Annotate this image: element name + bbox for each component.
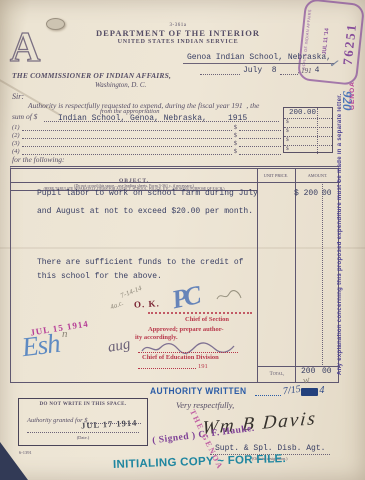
education-dotted-rule bbox=[138, 352, 238, 353]
year-typed: 4 bbox=[315, 66, 320, 75]
authority-date-handwritten: 7/15 bbox=[282, 384, 301, 397]
dotted-leader bbox=[22, 123, 232, 131]
amount-header: AMOUNT. bbox=[295, 173, 340, 178]
dollar-sign: $ bbox=[234, 124, 237, 131]
ok-stamp: O. K. bbox=[134, 298, 160, 309]
column-divider bbox=[295, 169, 296, 382]
dotted-leader bbox=[239, 123, 281, 131]
date-line: July 8 , 191 4 bbox=[200, 66, 340, 75]
amount-box-cents-divider bbox=[317, 108, 318, 154]
dotted-leader bbox=[239, 131, 281, 139]
corner-shadow bbox=[0, 442, 28, 480]
education-year: 191 bbox=[198, 363, 208, 370]
unit-price-header: UNIT PRICE. bbox=[257, 173, 295, 178]
amount-box: 200.00 $ $ $ $ bbox=[283, 107, 333, 153]
numbered-line-1: (1) $ bbox=[12, 123, 283, 131]
dollar-sign: $ bbox=[286, 119, 289, 125]
item-line-2: and August at not to exceed $20.00 per m… bbox=[37, 207, 253, 216]
dotted-leader bbox=[22, 131, 232, 139]
received-stamp-date: JUL 11 '14 bbox=[321, 28, 330, 55]
designation-typed: Supt. & Spl. Disb. Agt. bbox=[215, 444, 325, 453]
department-title: DEPARTMENT OF THE INTERIOR bbox=[78, 28, 278, 38]
dotted-leader bbox=[22, 139, 232, 147]
amount-box-row: $ bbox=[284, 127, 332, 136]
scanned-form-page: A 3-361a DEPARTMENT OF THE INTERIOR UNIT… bbox=[0, 0, 365, 480]
service-subtitle: UNITED STATES INDIAN SERVICE bbox=[78, 39, 278, 45]
bottom-form-number: 6-1391 bbox=[19, 450, 32, 455]
funds-note-line-2: this school for the above. bbox=[37, 272, 162, 281]
authority-leader bbox=[255, 388, 281, 396]
total-label: Total, bbox=[261, 371, 293, 377]
dotted-leader bbox=[22, 147, 232, 155]
education-date-rule bbox=[138, 368, 196, 369]
item-amount-dollars: $ 200 bbox=[294, 189, 318, 198]
line-number: (2) bbox=[12, 132, 20, 139]
place-line: Genoa Indian School, Nebraska, bbox=[187, 53, 331, 62]
chief-of-education: Chief of Education Division bbox=[142, 354, 219, 361]
authority-written-stamp: AUTHORITY WRITTEN bbox=[150, 386, 246, 396]
file-number-handwritten: 920 bbox=[339, 91, 355, 125]
dollar-sign: $ bbox=[286, 128, 289, 134]
amount-box-row: $ bbox=[284, 145, 332, 154]
numbered-line-4: (4) $ bbox=[12, 147, 283, 155]
date-typed: July 8 bbox=[243, 66, 277, 75]
dollar-sign: $ bbox=[234, 140, 237, 147]
grant-box: DO NOT WRITE IN THIS SPACE. Authority gr… bbox=[18, 398, 148, 446]
amount-box-row: $ bbox=[284, 118, 332, 127]
very-respectfully: Very respectfully, bbox=[176, 400, 234, 410]
pencil-n: n bbox=[62, 328, 68, 340]
corner-letter: A bbox=[10, 27, 40, 69]
dotted-leader bbox=[239, 147, 281, 155]
numbered-line-3: (3) $ bbox=[12, 139, 283, 147]
numbered-line-2: (2) $ bbox=[12, 131, 283, 139]
total-cents: 00 bbox=[322, 367, 332, 376]
dotted-leader bbox=[239, 139, 281, 147]
dollar-sign: $ bbox=[286, 146, 289, 152]
grant-box-header: DO NOT WRITE IN THIS SPACE. bbox=[19, 402, 147, 407]
dollar-sign: $ bbox=[234, 132, 237, 139]
pencil-scribble bbox=[215, 289, 243, 303]
section-dotted-rule bbox=[148, 312, 252, 314]
paper-fastener bbox=[46, 18, 65, 30]
authority-written-line: AUTHORITY WRITTEN 7/15 191 4 bbox=[150, 385, 324, 396]
year-prefix: , 191 bbox=[298, 67, 312, 75]
salutation: Sir: bbox=[12, 92, 24, 101]
sum-prefix: sum of $ bbox=[12, 112, 37, 121]
approved-line-1: Approved; prepare author- bbox=[148, 326, 224, 333]
grant-date-rule bbox=[27, 432, 139, 433]
ink-blot: 191 bbox=[301, 388, 318, 396]
amount-box-row: $ bbox=[284, 136, 332, 145]
line-number: (3) bbox=[12, 140, 20, 147]
dollar-sign: $ bbox=[234, 148, 237, 155]
addressee-city: Washington, D. C. bbox=[95, 81, 146, 89]
grant-date-label: (Date.) bbox=[19, 435, 147, 440]
cents-divider bbox=[322, 182, 323, 365]
amount-box-typed-value: 200.00 bbox=[284, 108, 332, 118]
line-number: (4) bbox=[12, 148, 20, 155]
date-leader bbox=[200, 66, 240, 75]
item-amount-cents: 00 bbox=[322, 189, 332, 198]
sum-leader bbox=[44, 115, 279, 122]
chief-of-section: Chief of Section bbox=[185, 316, 229, 323]
column-divider bbox=[257, 169, 258, 382]
initialing-copy-stamp: INITIALING COPY ~ FOR FILE. bbox=[113, 453, 286, 471]
reviewer-initials: Esh bbox=[20, 328, 61, 363]
authority-year-handwritten: 4 bbox=[319, 385, 324, 396]
item-line-1: Pupil labor to work on school farm durin… bbox=[37, 189, 258, 198]
place-rule bbox=[183, 63, 335, 64]
dollar-sign: $ bbox=[286, 137, 289, 143]
jul-17-date-stamp: JUL 17 1914 bbox=[81, 418, 138, 431]
granted-for-label: Authority granted for $ bbox=[27, 417, 87, 424]
funds-note-line-1: There are sufficient funds to the credit… bbox=[37, 258, 243, 267]
line-number: (1) bbox=[12, 124, 20, 131]
date-leader bbox=[280, 66, 298, 75]
for-following: for the following: bbox=[12, 155, 65, 164]
addressee-name: THE COMMISSIONER OF INDIAN AFFAIRS, bbox=[12, 71, 171, 80]
form-header: 3-361a DEPARTMENT OF THE INTERIOR UNITED… bbox=[78, 23, 278, 45]
